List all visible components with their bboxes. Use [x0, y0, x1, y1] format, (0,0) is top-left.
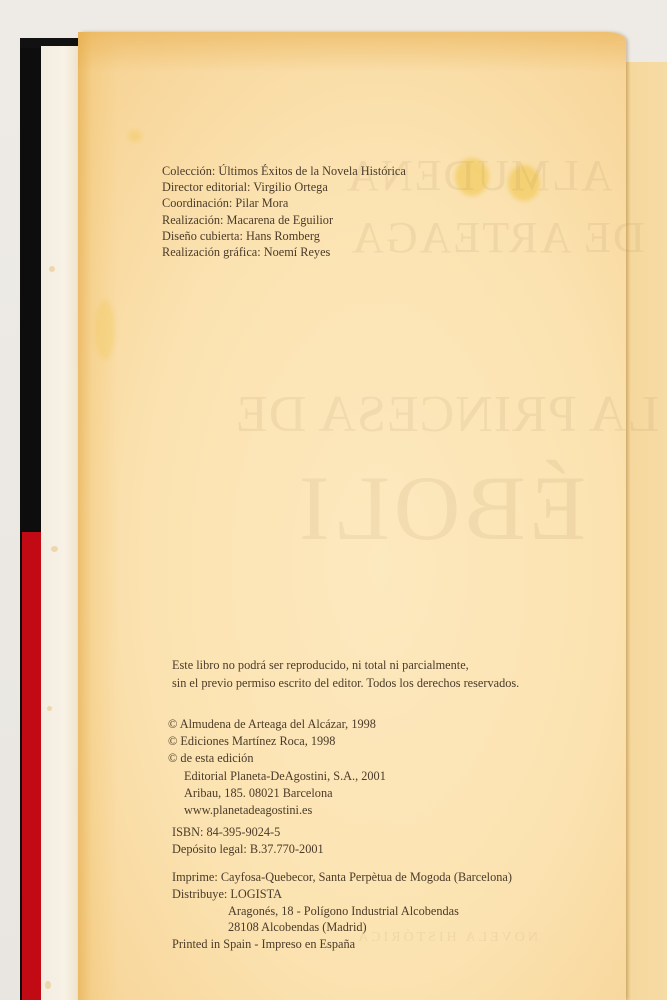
credit-editorial-director: Director editorial: Virgilio Ortega — [162, 179, 406, 195]
foxing-stain — [128, 130, 142, 142]
page-top-stain — [78, 32, 626, 72]
show-through-title-2: ÉBOLI — [295, 455, 586, 561]
publisher-name: Editorial Planeta-DeAgostini, S.A., 2001 — [168, 768, 386, 785]
copyright-this-edition: © de esta edición — [168, 750, 386, 767]
isbn: ISBN: 84-395-9024-5 — [172, 824, 324, 841]
copyright-author: © Almudena de Arteaga del Alcázar, 1998 — [168, 716, 386, 733]
foxing-stain — [95, 300, 115, 360]
foxing-spot — [49, 266, 55, 272]
copyright-block: © Almudena de Arteaga del Alcázar, 1998 … — [168, 716, 386, 819]
printed-in: Printed in Spain - Impreso en España — [172, 936, 512, 953]
credit-production: Realización: Macarena de Eguilior — [162, 212, 406, 228]
credits-block: Colección: Últimos Éxitos de la Novela H… — [162, 163, 406, 260]
rights-notice: Este libro no podrá ser reproducido, ni … — [172, 657, 519, 692]
foxing-spot — [47, 706, 52, 711]
rights-line-1: Este libro no podrá ser reproducido, ni … — [172, 657, 519, 675]
foxing-spot — [45, 981, 51, 989]
foxing-spot — [51, 546, 58, 552]
endpaper-strip — [41, 46, 79, 1000]
book-cover-spine-red — [22, 532, 42, 1000]
credit-graphic-production: Realización gráfica: Noemí Reyes — [162, 244, 406, 260]
credit-collection: Colección: Últimos Éxitos de la Novela H… — [162, 163, 406, 179]
distributor-address-2: 28108 Alcobendas (Madrid) — [172, 919, 512, 936]
distributor-address-1: Aragonés, 18 - Polígono Industrial Alcob… — [172, 903, 512, 920]
printer-block: Imprime: Cayfosa-Quebecor, Santa Perpètu… — [172, 869, 512, 953]
printer: Imprime: Cayfosa-Quebecor, Santa Perpètu… — [172, 869, 512, 886]
distributor: Distribuye: LOGISTA — [172, 886, 512, 903]
credit-cover-design: Diseño cubierta: Hans Romberg — [162, 228, 406, 244]
show-through-title-1: LA PRINCESA DE — [235, 385, 659, 444]
publisher-website: www.planetadeagostini.es — [168, 802, 386, 819]
page-gutter-stain — [78, 32, 118, 1000]
rights-line-2: sin el previo permiso escrito del editor… — [172, 675, 519, 693]
isbn-block: ISBN: 84-395-9024-5 Depósito legal: B.37… — [172, 824, 324, 858]
publisher-address: Aribau, 185. 08021 Barcelona — [168, 785, 386, 802]
credit-coordination: Coordinación: Pilar Mora — [162, 195, 406, 211]
copyright-original-publisher: © Ediciones Martínez Roca, 1998 — [168, 733, 386, 750]
legal-deposit: Depósito legal: B.37.770-2001 — [172, 841, 324, 858]
